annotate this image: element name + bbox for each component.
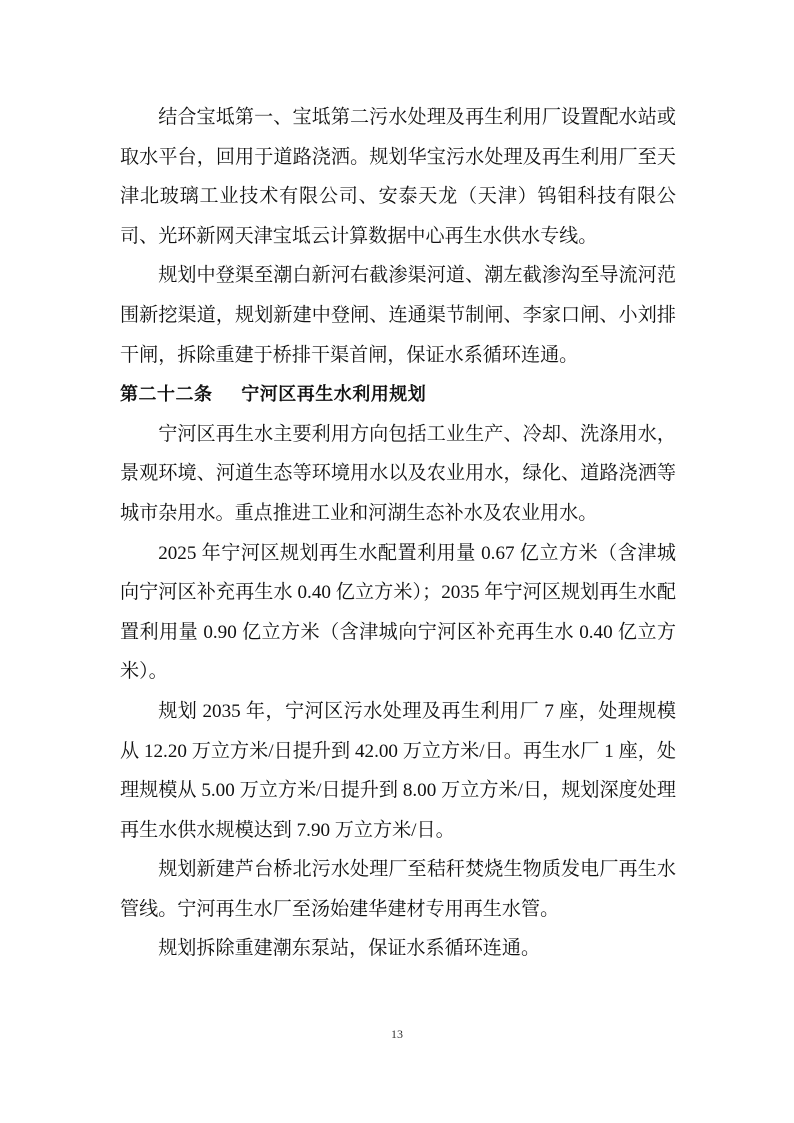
paragraph-ninghe-pipelines: 规划新建芦台桥北污水处理厂至秸秆焚烧生物质发电厂再生水管线。宁河再生水厂至汤始建… (120, 850, 676, 929)
paragraph-chaodong-pump-station: 规划拆除重建潮东泵站，保证水系循环连通。 (120, 929, 676, 969)
article-number: 第二十二条 (120, 384, 213, 405)
section-heading: 第二十二条宁河区再生水利用规划 (120, 375, 676, 415)
paragraph-ninghe-allocation-volume: 2025 年宁河区规划再生水配置利用量 0.67 亿立方米（含津城向宁河区补充再… (120, 534, 676, 692)
paragraph-canal-sluice-plan: 规划中登渠至潮白新河右截渗渠河道、潮左截渗沟至导流河范围新挖渠道，规划新建中登闸… (120, 256, 676, 375)
paragraph-ninghe-usage-directions: 宁河区再生水主要利用方向包括工业生产、冷却、洗涤用水，景观环境、河道生态等环境用… (120, 415, 676, 534)
paragraph-ninghe-treatment-capacity: 规划 2035 年，宁河区污水处理及再生利用厂 7 座，处理规模从 12.20 … (120, 692, 676, 850)
document-page: 结合宝坻第一、宝坻第二污水处理及再生利用厂设置配水站或取水平台，回用于道路浇洒。… (120, 98, 676, 969)
page-number: 13 (0, 1027, 794, 1042)
paragraph-reclaimed-water-baodi: 结合宝坻第一、宝坻第二污水处理及再生利用厂设置配水站或取水平台，回用于道路浇洒。… (120, 98, 676, 256)
article-title: 宁河区再生水利用规划 (241, 384, 426, 405)
